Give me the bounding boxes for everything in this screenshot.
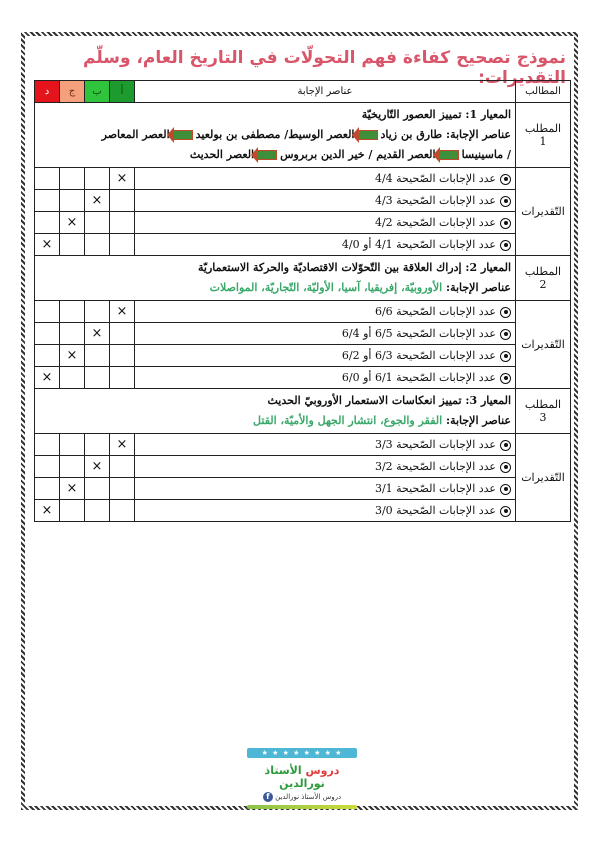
- criterion-title: المعيار 3: تمييز انعكاسات الاستعمار الأو…: [39, 391, 511, 411]
- grading-table: المطالب عناصر الإجابة أ ب ج د المطلب 1 ا…: [34, 80, 571, 522]
- bullet-icon: [500, 329, 511, 340]
- bullet-icon: [500, 218, 511, 229]
- grade-d-cell: [35, 323, 60, 345]
- grade-j-cell: ×: [60, 478, 85, 500]
- grade-criterion: عدد الإجابات الصّحيحة 6/6: [135, 301, 516, 323]
- grade-d-cell: ×: [35, 367, 60, 389]
- arrow-left-icon: [358, 130, 378, 140]
- grades-label: التّقديرات: [516, 168, 571, 256]
- grade-criterion: عدد الإجابات الصّحيحة 6/5 أو 6/4: [135, 323, 516, 345]
- grade-j-cell: [60, 234, 85, 256]
- grade-a-cell: [110, 234, 135, 256]
- grade-a-cell: ×: [110, 301, 135, 323]
- grade-j-cell: [60, 168, 85, 190]
- grade-d-cell: ×: [35, 234, 60, 256]
- bullet-icon: [500, 196, 511, 207]
- grades-label: التّقديرات: [516, 301, 571, 389]
- grade-a-cell: [110, 190, 135, 212]
- header-grade-b: ب: [85, 81, 110, 103]
- grade-row: التّقديرات عدد الإجابات الصّحيحة 6/6 ×: [35, 301, 571, 323]
- grade-row: التّقديرات عدد الإجابات الصّحيحة 4/4 ×: [35, 168, 571, 190]
- bullet-icon: [500, 506, 511, 517]
- grade-b-cell: [85, 301, 110, 323]
- grade-row: عدد الإجابات الصّحيحة 6/1 أو 6/0 ×: [35, 367, 571, 389]
- table-header-row: المطالب عناصر الإجابة أ ب ج د: [35, 81, 571, 103]
- grade-b-cell: [85, 212, 110, 234]
- grade-criterion: عدد الإجابات الصّحيحة 4/1 أو 4/0: [135, 234, 516, 256]
- grade-row: عدد الإجابات الصّحيحة 4/1 أو 4/0 ×: [35, 234, 571, 256]
- grade-a-cell: ×: [110, 168, 135, 190]
- logo-grass: [247, 805, 357, 809]
- grade-b-cell: [85, 345, 110, 367]
- bullet-icon: [500, 440, 511, 451]
- header-grade-a: أ: [110, 81, 135, 103]
- bullet-icon: [500, 307, 511, 318]
- answer-elements-cont: / ماسينيساالعصر القديم / خير الدين بربرو…: [39, 145, 511, 165]
- header-answer-elements: عناصر الإجابة: [135, 81, 516, 103]
- facebook-label: دروس الأستاذ نورالدين f: [247, 792, 357, 802]
- grade-criterion: عدد الإجابات الصّحيحة 4/3: [135, 190, 516, 212]
- bullet-icon: [500, 462, 511, 473]
- grade-row: عدد الإجابات الصّحيحة 4/3 ×: [35, 190, 571, 212]
- grade-j-cell: [60, 190, 85, 212]
- grade-d-cell: [35, 301, 60, 323]
- requirement-label: المطلب 3: [516, 389, 571, 434]
- grade-d-cell: [35, 212, 60, 234]
- grade-b-cell: [85, 500, 110, 522]
- criterion-row-3: المطلب 3 المعيار 3: تمييز انعكاسات الاست…: [35, 389, 571, 434]
- facebook-icon: f: [263, 792, 273, 802]
- grade-criterion: عدد الإجابات الصّحيحة 3/3: [135, 434, 516, 456]
- grade-d-cell: ×: [35, 500, 60, 522]
- bullet-icon: [500, 240, 511, 251]
- grade-b-cell: ×: [85, 456, 110, 478]
- grade-criterion: عدد الإجابات الصّحيحة 4/2: [135, 212, 516, 234]
- grade-row: عدد الإجابات الصّحيحة 6/5 أو 6/4 ×: [35, 323, 571, 345]
- criterion-title: المعيار 1: تمييز العصور التّاريخيّة: [39, 105, 511, 125]
- grade-a-cell: [110, 456, 135, 478]
- criterion-title: المعيار 2: إدراك العلاقة بين التّحوّلات …: [39, 258, 511, 278]
- criterion-cell: المعيار 1: تمييز العصور التّاريخيّة عناص…: [35, 103, 516, 168]
- grade-b-cell: ×: [85, 190, 110, 212]
- answer-elements: عناصر الإجابة: الفقر والجوع، انتشار الجه…: [39, 411, 511, 431]
- bullet-icon: [500, 484, 511, 495]
- grade-a-cell: [110, 323, 135, 345]
- criterion-row-2: المطلب 2 المعيار 2: إدراك العلاقة بين ال…: [35, 256, 571, 301]
- bullet-icon: [500, 174, 511, 185]
- grade-d-cell: [35, 190, 60, 212]
- grade-criterion: عدد الإجابات الصّحيحة 6/3 أو 6/2: [135, 345, 516, 367]
- answer-elements: عناصر الإجابة: طارق بن زيادالعصر الوسيط/…: [39, 125, 511, 145]
- author-logo: ★ ★ ★ ★ ★ ★ ★ ★ دروس الأستاذ نورالدين در…: [247, 748, 357, 804]
- grade-d-cell: [35, 168, 60, 190]
- grade-row: عدد الإجابات الصّحيحة 4/2 ×: [35, 212, 571, 234]
- grade-j-cell: [60, 323, 85, 345]
- arrow-left-icon: [173, 130, 193, 140]
- arrow-left-icon: [439, 150, 459, 160]
- grade-b-cell: [85, 234, 110, 256]
- requirement-label: المطلب 1: [516, 103, 571, 168]
- grade-a-cell: [110, 478, 135, 500]
- grade-row: عدد الإجابات الصّحيحة 3/1 ×: [35, 478, 571, 500]
- grade-row: التّقديرات عدد الإجابات الصّحيحة 3/3 ×: [35, 434, 571, 456]
- grades-label: التّقديرات: [516, 434, 571, 522]
- header-requirements: المطالب: [516, 81, 571, 103]
- grade-b-cell: [85, 434, 110, 456]
- criterion-cell: المعيار 3: تمييز انعكاسات الاستعمار الأو…: [35, 389, 516, 434]
- grade-row: عدد الإجابات الصّحيحة 3/0 ×: [35, 500, 571, 522]
- grade-j-cell: ×: [60, 345, 85, 367]
- header-grade-d: د: [35, 81, 60, 103]
- header-grade-j: ج: [60, 81, 85, 103]
- grade-row: عدد الإجابات الصّحيحة 3/2 ×: [35, 456, 571, 478]
- grade-a-cell: [110, 500, 135, 522]
- grade-d-cell: [35, 434, 60, 456]
- grade-j-cell: [60, 456, 85, 478]
- grade-b-cell: [85, 367, 110, 389]
- grade-criterion: عدد الإجابات الصّحيحة 3/2: [135, 456, 516, 478]
- bullet-icon: [500, 351, 511, 362]
- grade-j-cell: [60, 434, 85, 456]
- grade-b-cell: [85, 168, 110, 190]
- grade-a-cell: [110, 212, 135, 234]
- grade-j-cell: ×: [60, 212, 85, 234]
- grade-j-cell: [60, 367, 85, 389]
- grade-row: عدد الإجابات الصّحيحة 6/3 أو 6/2 ×: [35, 345, 571, 367]
- arrow-left-icon: [257, 150, 277, 160]
- grade-criterion: عدد الإجابات الصّحيحة 3/1: [135, 478, 516, 500]
- grade-j-cell: [60, 301, 85, 323]
- grade-d-cell: [35, 345, 60, 367]
- logo-band: ★ ★ ★ ★ ★ ★ ★ ★: [247, 748, 357, 758]
- grade-j-cell: [60, 500, 85, 522]
- logo-name: دروس الأستاذ نورالدين: [247, 764, 357, 790]
- answer-elements: عناصر الإجابة: الأوروبيّة، إفريقيا، آسيا…: [39, 278, 511, 298]
- grade-criterion: عدد الإجابات الصّحيحة 4/4: [135, 168, 516, 190]
- bullet-icon: [500, 373, 511, 384]
- grade-criterion: عدد الإجابات الصّحيحة 3/0: [135, 500, 516, 522]
- grade-d-cell: [35, 478, 60, 500]
- grade-b-cell: ×: [85, 323, 110, 345]
- grade-b-cell: [85, 478, 110, 500]
- criterion-row-1: المطلب 1 المعيار 1: تمييز العصور التّاري…: [35, 103, 571, 168]
- grade-a-cell: [110, 345, 135, 367]
- grade-criterion: عدد الإجابات الصّحيحة 6/1 أو 6/0: [135, 367, 516, 389]
- grade-a-cell: ×: [110, 434, 135, 456]
- grade-d-cell: [35, 456, 60, 478]
- requirement-label: المطلب 2: [516, 256, 571, 301]
- criterion-cell: المعيار 2: إدراك العلاقة بين التّحوّلات …: [35, 256, 516, 301]
- grade-a-cell: [110, 367, 135, 389]
